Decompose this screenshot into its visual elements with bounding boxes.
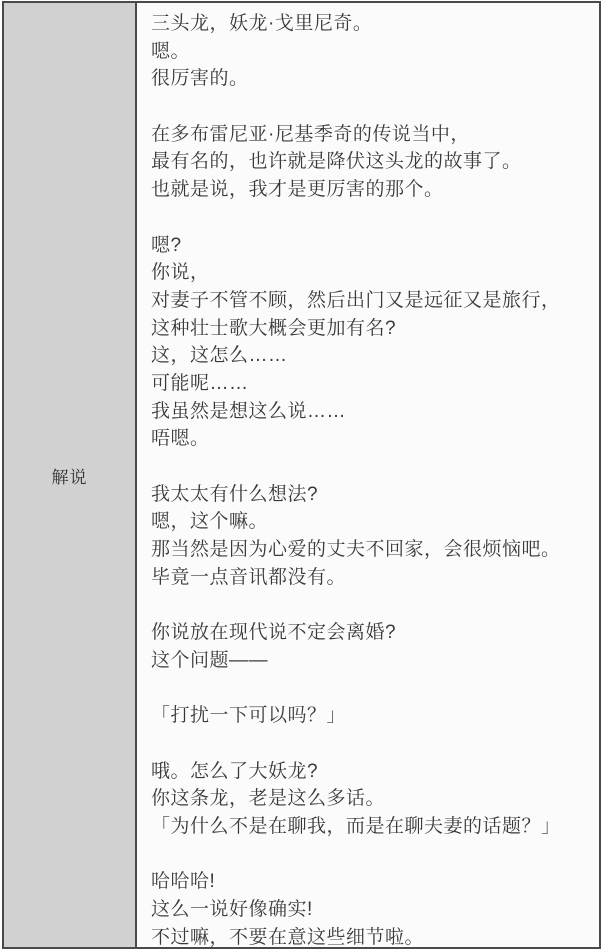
dialogue-line: 不过嘛，不要在意这些细节啦。 bbox=[151, 924, 593, 947]
dialogue-line: 嗯，这个嘛。 bbox=[151, 508, 593, 536]
dialogue-line: 我太太有什么想法? bbox=[151, 481, 593, 509]
dialogue-line: 在多布雷尼亚·尼基季奇的传说当中， bbox=[151, 121, 593, 149]
dialogue-line: 这种壮士歌大概会更加有名? bbox=[151, 315, 593, 343]
dialogue-blank-line bbox=[151, 841, 593, 869]
dialogue-line: 三头龙，妖龙·戈里尼奇。 bbox=[151, 10, 593, 38]
dialogue-line: 你说， bbox=[151, 259, 593, 287]
dialogue-line: 你说放在现代说不定会离婚? bbox=[151, 619, 593, 647]
dialogue-line: 「为什么不是在聊我，而是在聊夫妻的话题？」 bbox=[151, 813, 593, 841]
dialogue-line: 哈哈哈! bbox=[151, 868, 593, 896]
dialogue-line: 这么一说好像确实! bbox=[151, 896, 593, 924]
dialogue-line: 毕竟一点音讯都没有。 bbox=[151, 564, 593, 592]
screenshot-root: 解说 三头龙，妖龙·戈里尼奇。嗯。很厉害的。在多布雷尼亚·尼基季奇的传说当中，最… bbox=[0, 0, 604, 952]
dialogue-blank-line bbox=[151, 675, 593, 703]
dialogue-line: 那当然是因为心爱的丈夫不回家，会很烦恼吧。 bbox=[151, 536, 593, 564]
dialogue-line: 也就是说，我才是更厉害的那个。 bbox=[151, 176, 593, 204]
dialogue-blank-line bbox=[151, 204, 593, 232]
dialogue-content-cell: 三头龙，妖龙·戈里尼奇。嗯。很厉害的。在多布雷尼亚·尼基季奇的传说当中，最有名的… bbox=[137, 3, 599, 947]
dialogue-line: 唔嗯。 bbox=[151, 425, 593, 453]
dialogue-blank-line bbox=[151, 93, 593, 121]
dialogue-blank-line bbox=[151, 453, 593, 481]
dialogue-line: 对妻子不管不顾，然后出门又是远征又是旅行， bbox=[151, 287, 593, 315]
narration-label: 解说 bbox=[52, 463, 88, 488]
dialogue-line: 这，这怎么…… bbox=[151, 342, 593, 370]
dialogue-line: 很厉害的。 bbox=[151, 65, 593, 93]
transcript-table: 解说 三头龙，妖龙·戈里尼奇。嗯。很厉害的。在多布雷尼亚·尼基季奇的传说当中，最… bbox=[2, 1, 601, 949]
dialogue-line: 这个问题—— bbox=[151, 647, 593, 675]
dialogue-line: 嗯? bbox=[151, 232, 593, 260]
dialogue-line: 我虽然是想这么说…… bbox=[151, 398, 593, 426]
dialogue-line: 可能呢…… bbox=[151, 370, 593, 398]
dialogue-line: 嗯。 bbox=[151, 38, 593, 66]
dialogue-blank-line bbox=[151, 591, 593, 619]
dialogue-line: 最有名的，也许就是降伏这头龙的故事了。 bbox=[151, 148, 593, 176]
dialogue-line: 「打扰一下可以吗？」 bbox=[151, 702, 593, 730]
narration-label-cell: 解说 bbox=[4, 3, 137, 947]
dialogue-line: 你这条龙，老是这么多话。 bbox=[151, 785, 593, 813]
dialogue-blank-line bbox=[151, 730, 593, 758]
dialogue-line: 哦。怎么了大妖龙? bbox=[151, 758, 593, 786]
